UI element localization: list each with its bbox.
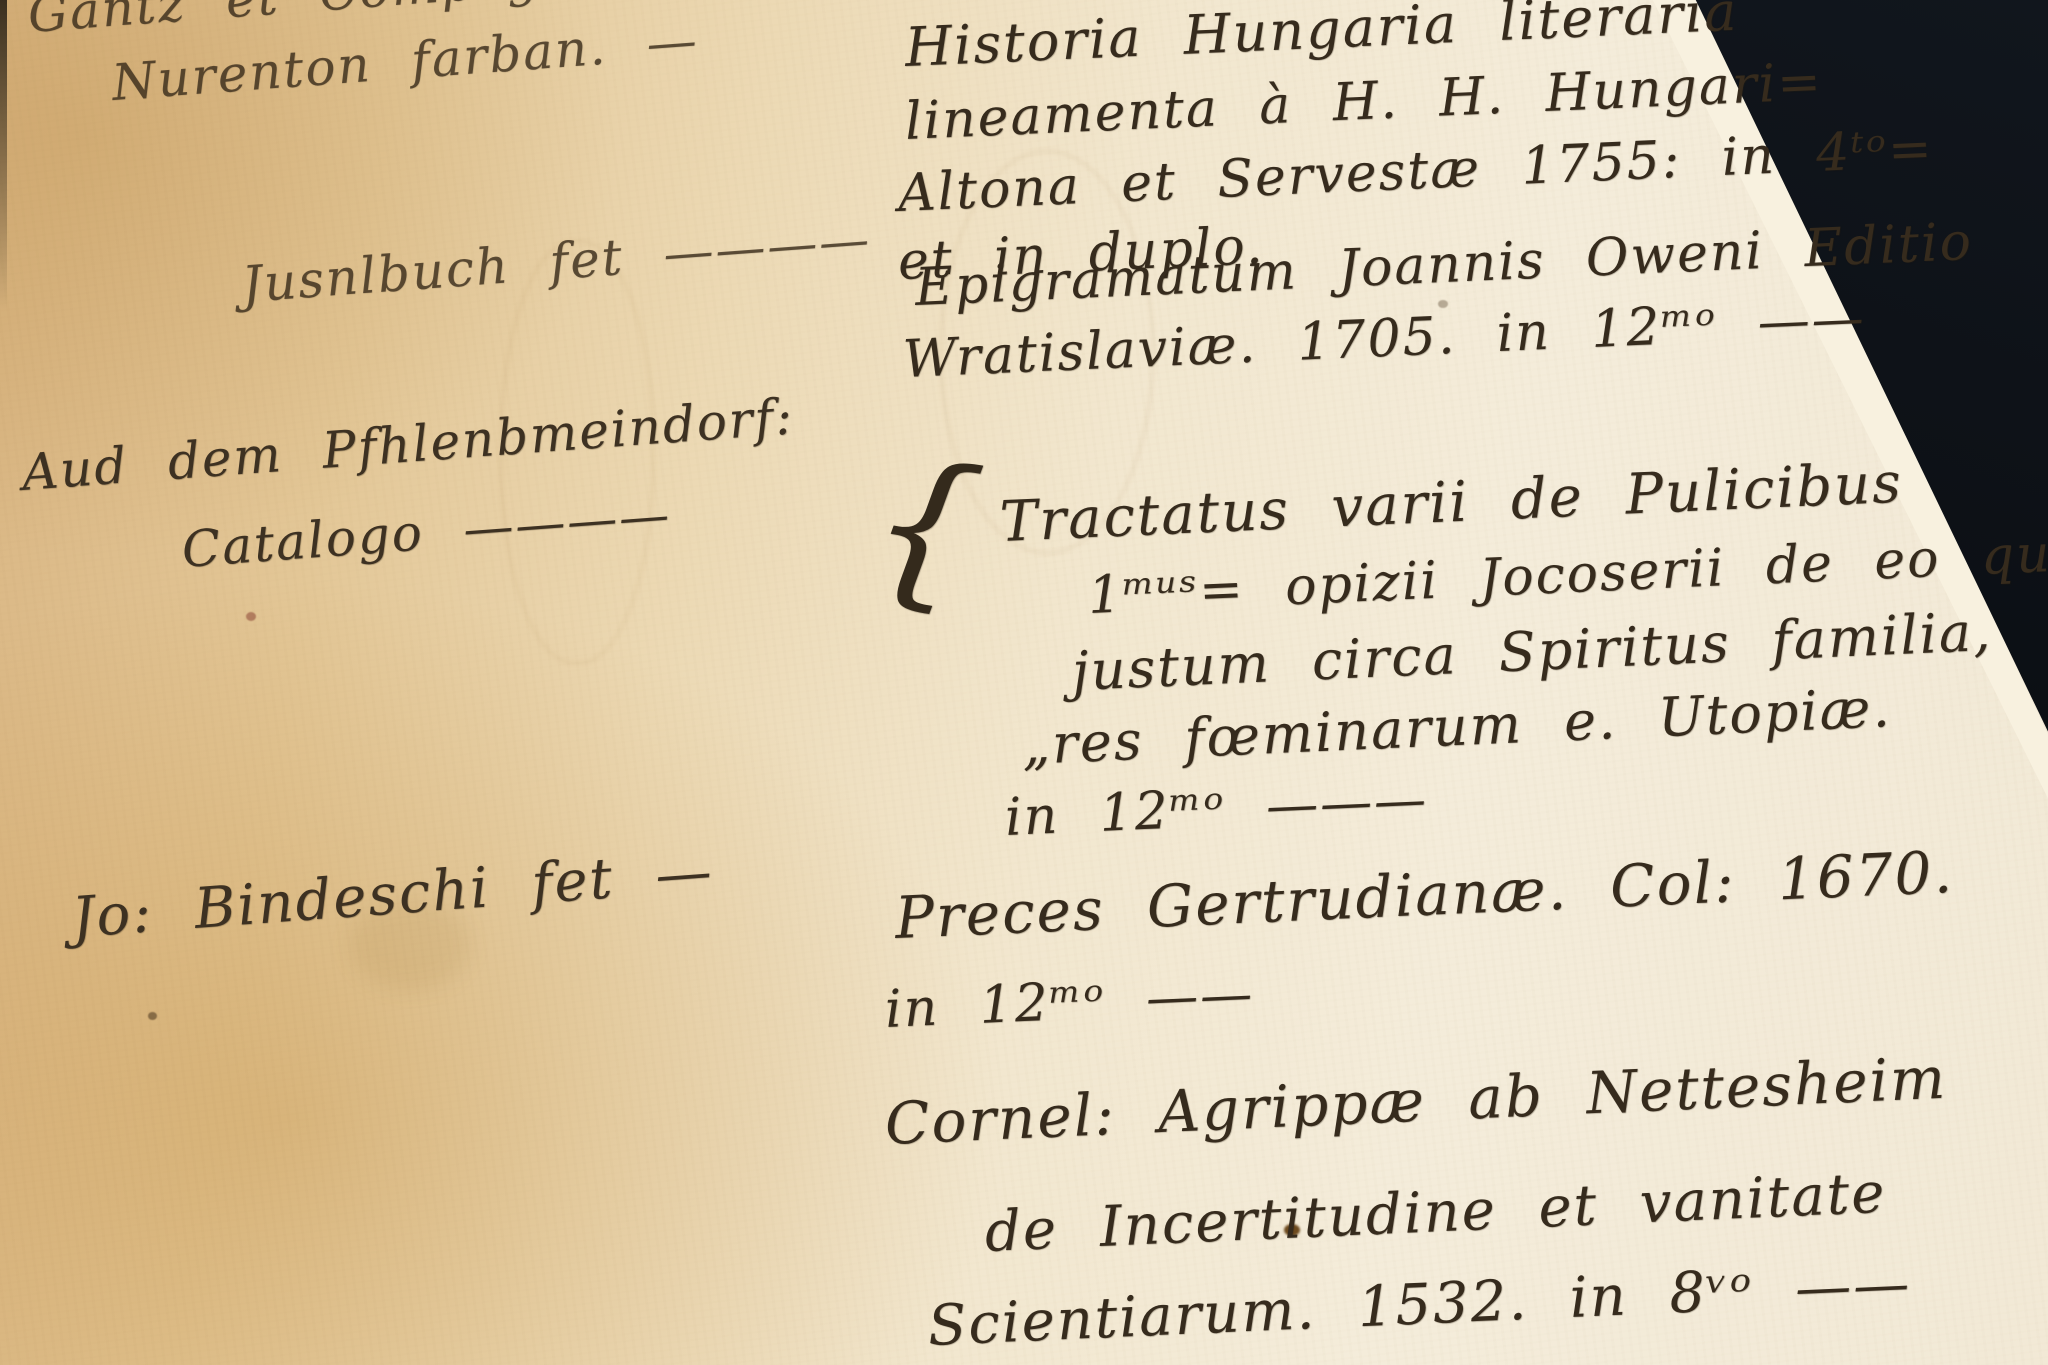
photo-left-edge-shadow bbox=[0, 0, 7, 310]
manuscript-photo: Gantz et Compagnen L. Cutharl Nurenton f… bbox=[0, 0, 2048, 1365]
